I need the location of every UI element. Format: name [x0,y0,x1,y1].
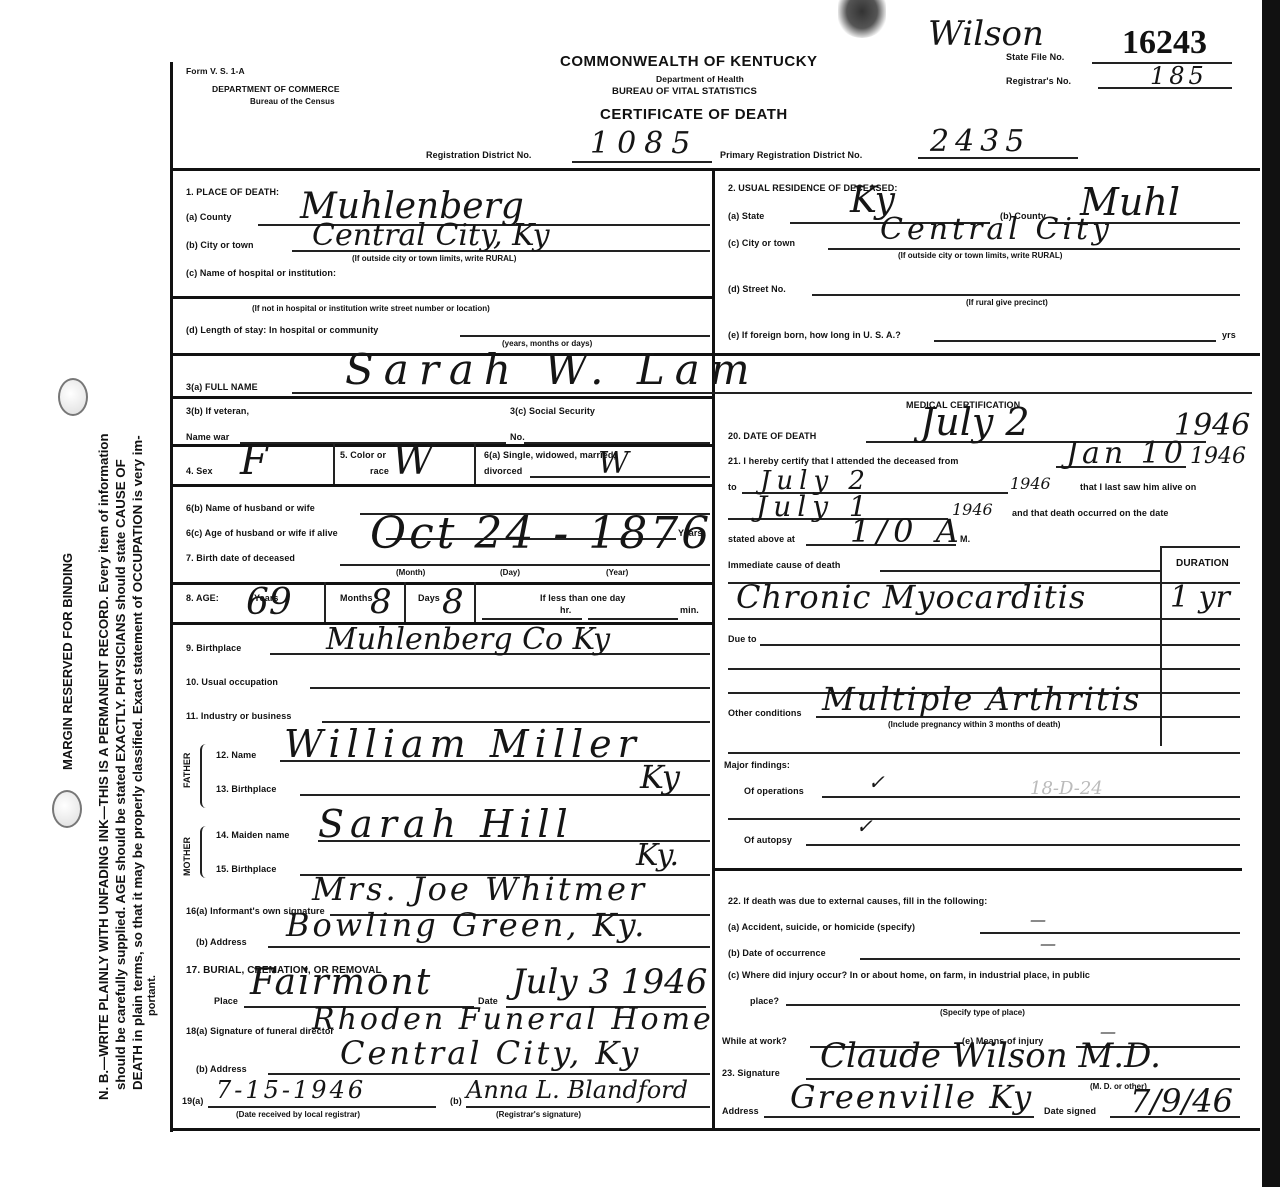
res-city-note: (If outside city or town limits, write R… [898,251,1062,260]
received-date-value[interactable]: 7-15-1946 [216,1076,366,1104]
birth-date-value[interactable]: Oct 24 - 1876 [370,508,712,559]
form-number: Form V. S. 1-A [186,66,245,76]
mother-brace [200,826,208,878]
marital-value[interactable]: W [598,446,629,481]
city-value[interactable]: Central City, Ky [312,218,550,253]
form-bottom-rule [170,1128,1260,1131]
mother-name-label: 14. Maiden name [216,830,290,840]
age-label: 8. AGE: [186,593,219,603]
immediate-cause-label: Immediate cause of death [728,560,840,570]
registrar-signature-value[interactable]: Anna L. Blandford [466,1076,688,1104]
foreign-label: (e) If foreign born, how long in U. S. A… [728,330,901,340]
binding-note: MARGIN RESERVED FOR BINDING [60,553,75,770]
state-file-number: 16243 [1122,24,1207,62]
birthplace-label: 9. Birthplace [186,643,241,653]
mother-name-value[interactable]: Sarah Hill [318,802,574,846]
age-months-label: Months [340,593,373,603]
primary-district-label: Primary Registration District No. [720,150,862,160]
received-prefix: 19(a) [182,1096,204,1106]
age-days-label: Days [418,593,440,603]
full-name-value[interactable]: Sarah W. Lam [345,345,760,394]
state-file-label: State File No. [1006,52,1064,62]
informant-value[interactable]: Mrs. Joe Whitmer [312,870,647,908]
margin-instructions-3: DEATH in plain terms, so that it may be … [130,435,145,1090]
page-edge [1262,0,1280,1187]
spouse-label: 6(b) Name of husband or wife [186,503,315,513]
external-heading: 22. If death was due to external causes,… [728,896,987,906]
full-name-label: 3(a) FULL NAME [186,382,258,392]
birth-date-label: 7. Birth date of deceased [186,553,295,563]
last-seen-label: that I last saw him alive on [1080,482,1196,492]
res-state-label: (a) State [728,211,764,221]
informant-address-label: (b) Address [196,937,247,947]
father-name-label: 12. Name [216,750,256,760]
marital-label-2: divorced [484,466,522,476]
sex-label: 4. Sex [186,466,213,476]
occurred-label: and that death occurred on the date [1012,508,1169,518]
to-label: to [728,482,737,492]
due-to-label: Due to [728,634,757,644]
place-of-death-heading: 1. PLACE OF DEATH: [186,187,279,197]
industry-label: 11. Industry or business [186,711,291,721]
death-date-value[interactable]: July 2 [920,400,1030,444]
birth-month-caption: (Month) [396,568,425,577]
duration-label: DURATION [1176,558,1229,569]
burial-place-value[interactable]: Fairmont [250,962,432,1003]
primary-district-value[interactable]: 2435 [930,124,1030,159]
accident-value[interactable]: — [1030,910,1046,929]
at-work-label: While at work? [722,1036,787,1046]
injury-where-label: (c) Where did injury occur? In or about … [728,970,1090,980]
attended-from-year[interactable]: 1946 [1190,444,1246,469]
foreign-unit: yrs [1222,330,1236,340]
attended-to-year[interactable]: 1946 [1010,474,1051,493]
min-label: min. [680,605,699,615]
war-label: Name war [186,432,229,442]
attended-label: 21. I hereby certify that I attended the… [728,456,958,466]
birth-year-caption: (Year) [606,568,628,577]
accident-label: (a) Accident, suicide, or homicide (spec… [728,922,915,932]
faint-notation: 18-D-24 [1030,778,1103,799]
form-top-rule [170,168,1260,171]
occupation-label: 10. Usual occupation [186,677,278,687]
father-brace [200,744,208,808]
hospital-note: (If not in hospital or institution write… [252,304,490,313]
autopsy-value[interactable]: ✓ [856,814,873,838]
mother-birthplace-label: 15. Birthplace [216,864,276,874]
mother-birthplace-value[interactable]: Ky. [636,838,679,873]
social-security-label: 3(c) Social Security [510,406,595,416]
autopsy-label: Of autopsy [744,835,792,845]
center-divider [712,168,715,1130]
city-label: (b) City or town [186,240,254,250]
physician-address-value[interactable]: Greenville Ky [790,1078,1033,1116]
binding-hole-top [58,378,88,416]
physician-signature[interactable]: Claude Wilson M.D. [820,1036,1161,1076]
race-value[interactable]: W [392,438,433,484]
spouse-age-label: 6(c) Age of husband or wife if alive [186,528,338,538]
physician-address-label: Address [722,1106,759,1116]
occurrence-value[interactable]: — [1040,934,1056,953]
funeral-address-label: (b) Address [196,1064,247,1074]
death-time-value[interactable]: 1/0 A [850,512,965,550]
other-conditions-note: (Include pregnancy within 3 months of de… [888,720,1060,729]
reg-district-label: Registration District No. [426,150,532,160]
res-city-label: (c) City or town [728,238,795,248]
bureau-name: Bureau of the Census [250,97,335,106]
ss-no-label: No. [510,432,525,442]
registrar-no-label: Registrar's No. [1006,76,1071,86]
registrar-prefix: (b) [450,1096,462,1106]
stay-label: (d) Length of stay: In hospital or commu… [186,325,378,335]
veteran-label: 3(b) If veteran, [186,406,249,416]
father-side-label: FATHER [182,753,192,788]
state-name: COMMONWEALTH OF KENTUCKY [560,53,818,70]
res-street-label: (d) Street No. [728,284,786,294]
injury-place-label: place? [750,996,779,1006]
registrar-note: (Registrar's signature) [496,1110,581,1119]
dept-health: Department of Health [656,74,744,84]
res-street-note: (If rural give precinct) [966,298,1048,307]
reg-district-value[interactable]: 1085 [590,126,698,161]
attended-from-value[interactable]: Jan 10 [1066,436,1187,471]
m-label: M. [960,534,970,544]
operations-label: Of operations [744,786,804,796]
injury-place-note: (Specify type of place) [940,1008,1025,1017]
other-conditions-label: Other conditions [728,708,802,718]
signature-label: 23. Signature [722,1068,780,1078]
form-left-border [170,62,173,1132]
registrar-no-value[interactable]: 185 [1150,62,1208,90]
binding-hole-bottom [52,790,82,828]
stated-label: stated above at [728,534,795,544]
burial-place-label: Place [214,996,238,1006]
vital-stats-bureau: BUREAU OF VITAL STATISTICS [612,86,757,97]
occurrence-label: (b) Date of occurrence [728,948,826,958]
certificate-title: CERTIFICATE OF DEATH [600,106,788,123]
res-city-value[interactable]: Central City [880,212,1113,247]
date-signed-value[interactable]: 7/9/46 [1130,1082,1233,1120]
less-than-day-label: If less than one day [540,593,626,603]
race-label-1: 5. Color or [340,450,386,460]
city-note: (If outside city or town limits, write R… [352,254,516,263]
father-birthplace-label: 13. Birthplace [216,784,276,794]
other-conditions-value[interactable]: Multiple Arthritis [822,680,1141,718]
birth-day-caption: (Day) [500,568,520,577]
major-findings-label: Major findings: [724,760,790,770]
burial-date-value[interactable]: July 3 1946 [512,962,707,1002]
funeral-address-value[interactable]: Central City, Ky [340,1034,641,1072]
age-years-value[interactable]: 69 [246,582,292,623]
death-date-label: 20. DATE OF DEATH [728,431,816,441]
received-note: (Date received by local registrar) [236,1110,360,1119]
date-signed-label: Date signed [1044,1106,1096,1116]
informant-address-value[interactable]: Bowling Green, Ky. [286,906,647,944]
immediate-cause-value[interactable]: Chronic Myocarditis [736,578,1086,616]
department-name: DEPARTMENT OF COMMERCE [212,84,340,94]
hr-label: hr. [560,605,571,615]
funeral-director-value[interactable]: Rhoden Funeral Home [312,1002,714,1037]
father-birthplace-value[interactable]: Ky [640,758,680,796]
margin-instructions-2: should be carefully supplied. AGE should… [113,459,128,1090]
ink-smudge [838,0,886,38]
margin-instructions-1: N. B.—WRITE PLAINLY WITH UNFADING INK—TH… [96,434,111,1101]
marital-label-1: 6(a) Single, widowed, married, [484,450,616,460]
hospital-label: (c) Name of hospital or institution: [186,268,336,278]
age-months-value[interactable]: 8 [370,582,392,622]
birthplace-value[interactable]: Muhlenberg Co Ky [326,622,610,657]
mother-side-label: MOTHER [182,837,192,876]
margin-instructions-4: portant. [146,975,158,1016]
duration-value[interactable]: 1 yr [1170,580,1230,615]
county-label: (a) County [186,212,232,222]
age-days-value[interactable]: 8 [442,582,464,622]
wilson-annotation: Wilson [928,14,1044,54]
operations-value[interactable]: ✓ [868,770,885,794]
father-name-value[interactable]: William Miller [284,722,642,766]
race-label-2: race [370,466,389,476]
sex-value[interactable]: F [240,438,268,484]
